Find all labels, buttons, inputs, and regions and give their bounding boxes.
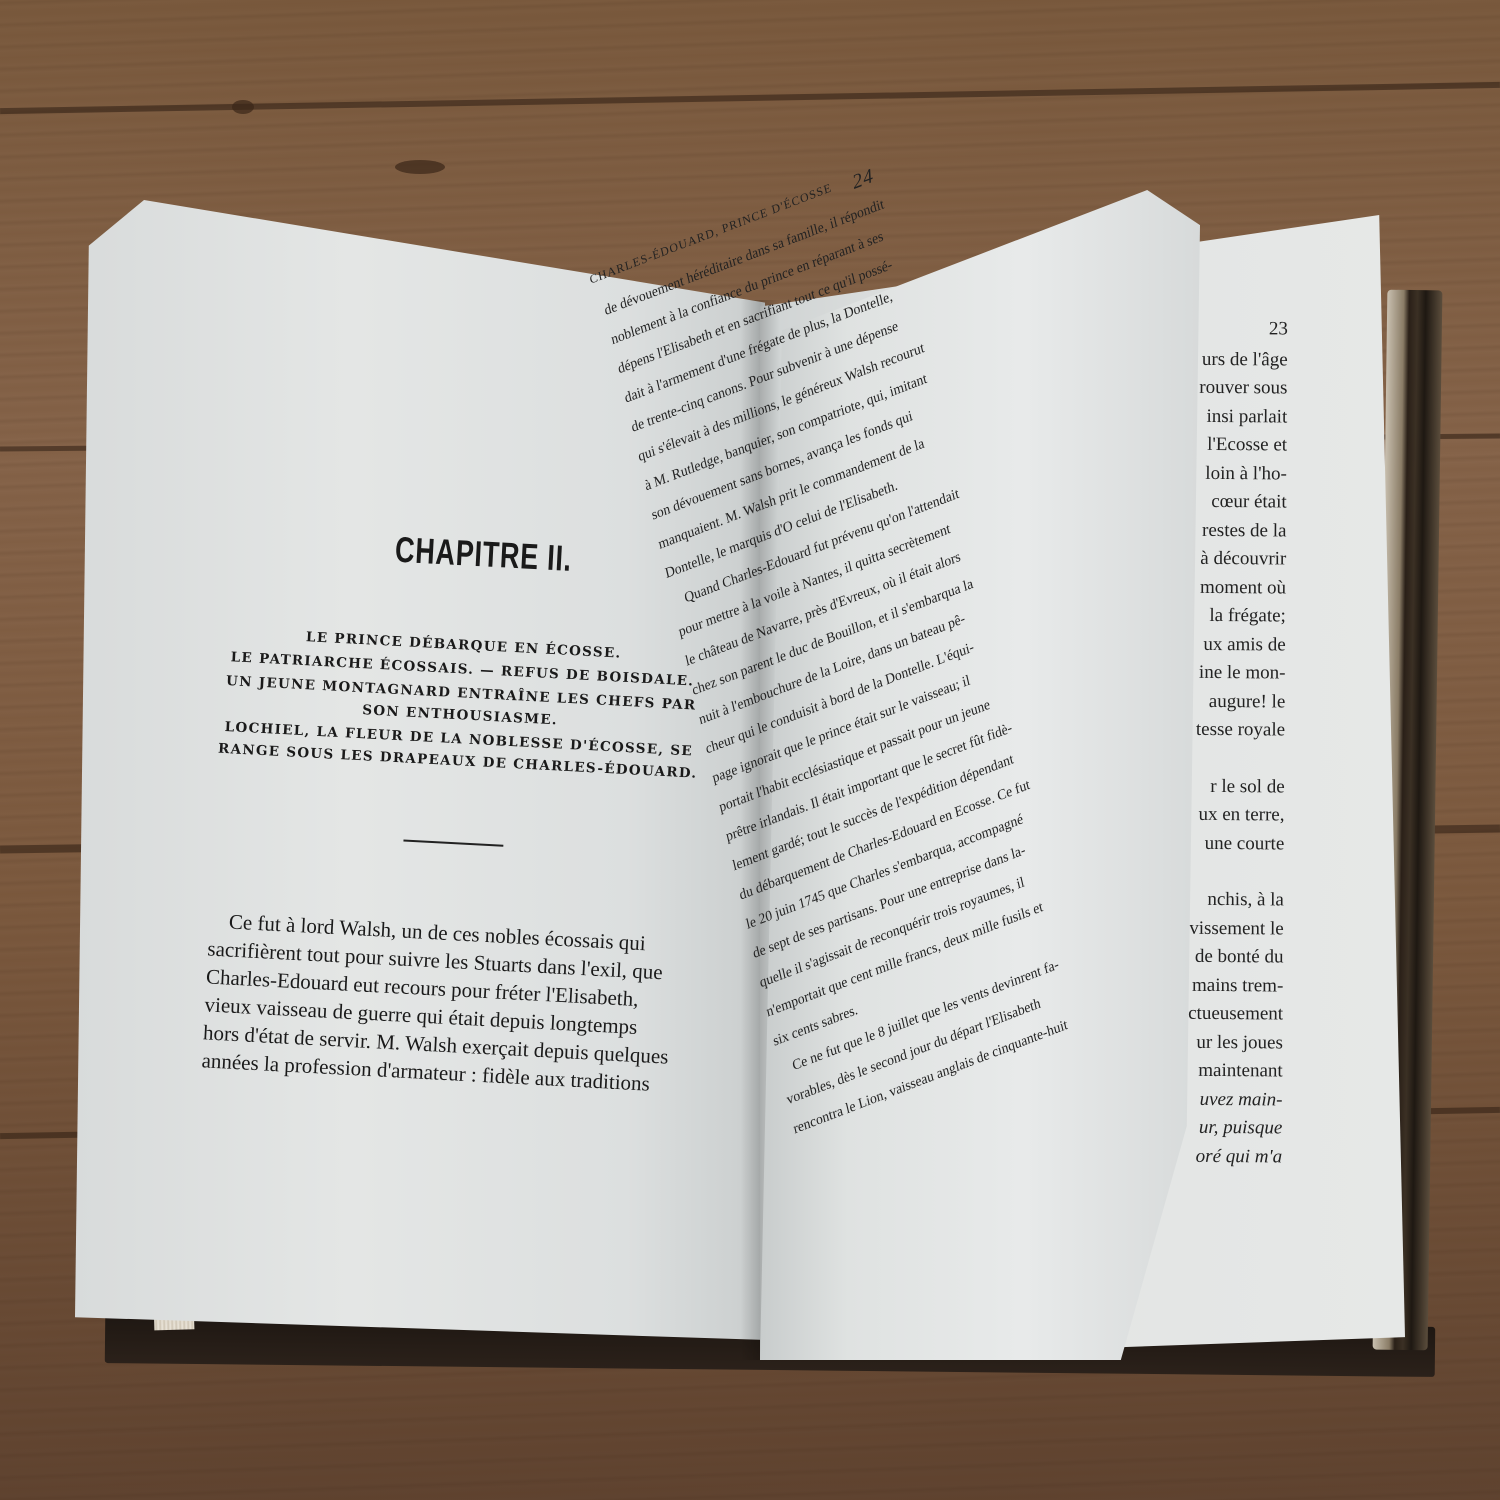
chapter-summary: LE PRINCE DÉBARQUE EN ÉCOSSE. LE PATRIAR… (217, 622, 704, 785)
table-plank-gap (0, 82, 1500, 114)
left-page-text: CHAPITRE II. LE PRINCE DÉBARQUE EN ÉCOSS… (201, 520, 709, 1099)
separator-rule (403, 840, 503, 847)
wood-knot (395, 160, 445, 174)
chapter-body: Ce fut à lord Walsh, un de ces nobles éc… (201, 906, 689, 1099)
page-number: 24 (850, 164, 876, 194)
wood-knot (232, 100, 254, 114)
